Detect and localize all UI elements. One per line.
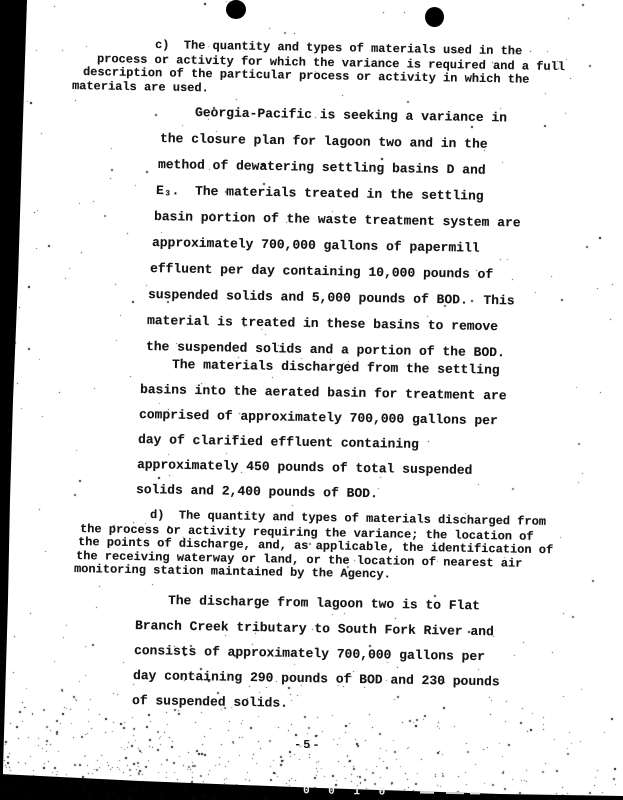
bottom-bar-stamp: 0 0 1 0 (303, 785, 391, 799)
document-page: c) The quantity and types of materials u… (0, 0, 623, 800)
text-line: of suspended solids. (132, 688, 500, 719)
block-quote-3: The discharge from lagoon two is to Flat… (0, 588, 500, 713)
paragraph-c: c) The quantity and types of materials u… (0, 39, 565, 93)
hole-punch-mark (226, 0, 246, 19)
page-number: -5- (294, 738, 322, 752)
hole-punch-mark (425, 7, 444, 27)
block-quote-1: Georgia-Pacific is seeking a variance in… (0, 100, 521, 360)
block-quote-2: The materials discharged from the settli… (0, 352, 507, 502)
paragraph-d: d) The quantity and types of materials d… (0, 509, 553, 577)
text-line: solids and 2,400 pounds of BOD. (136, 477, 507, 508)
